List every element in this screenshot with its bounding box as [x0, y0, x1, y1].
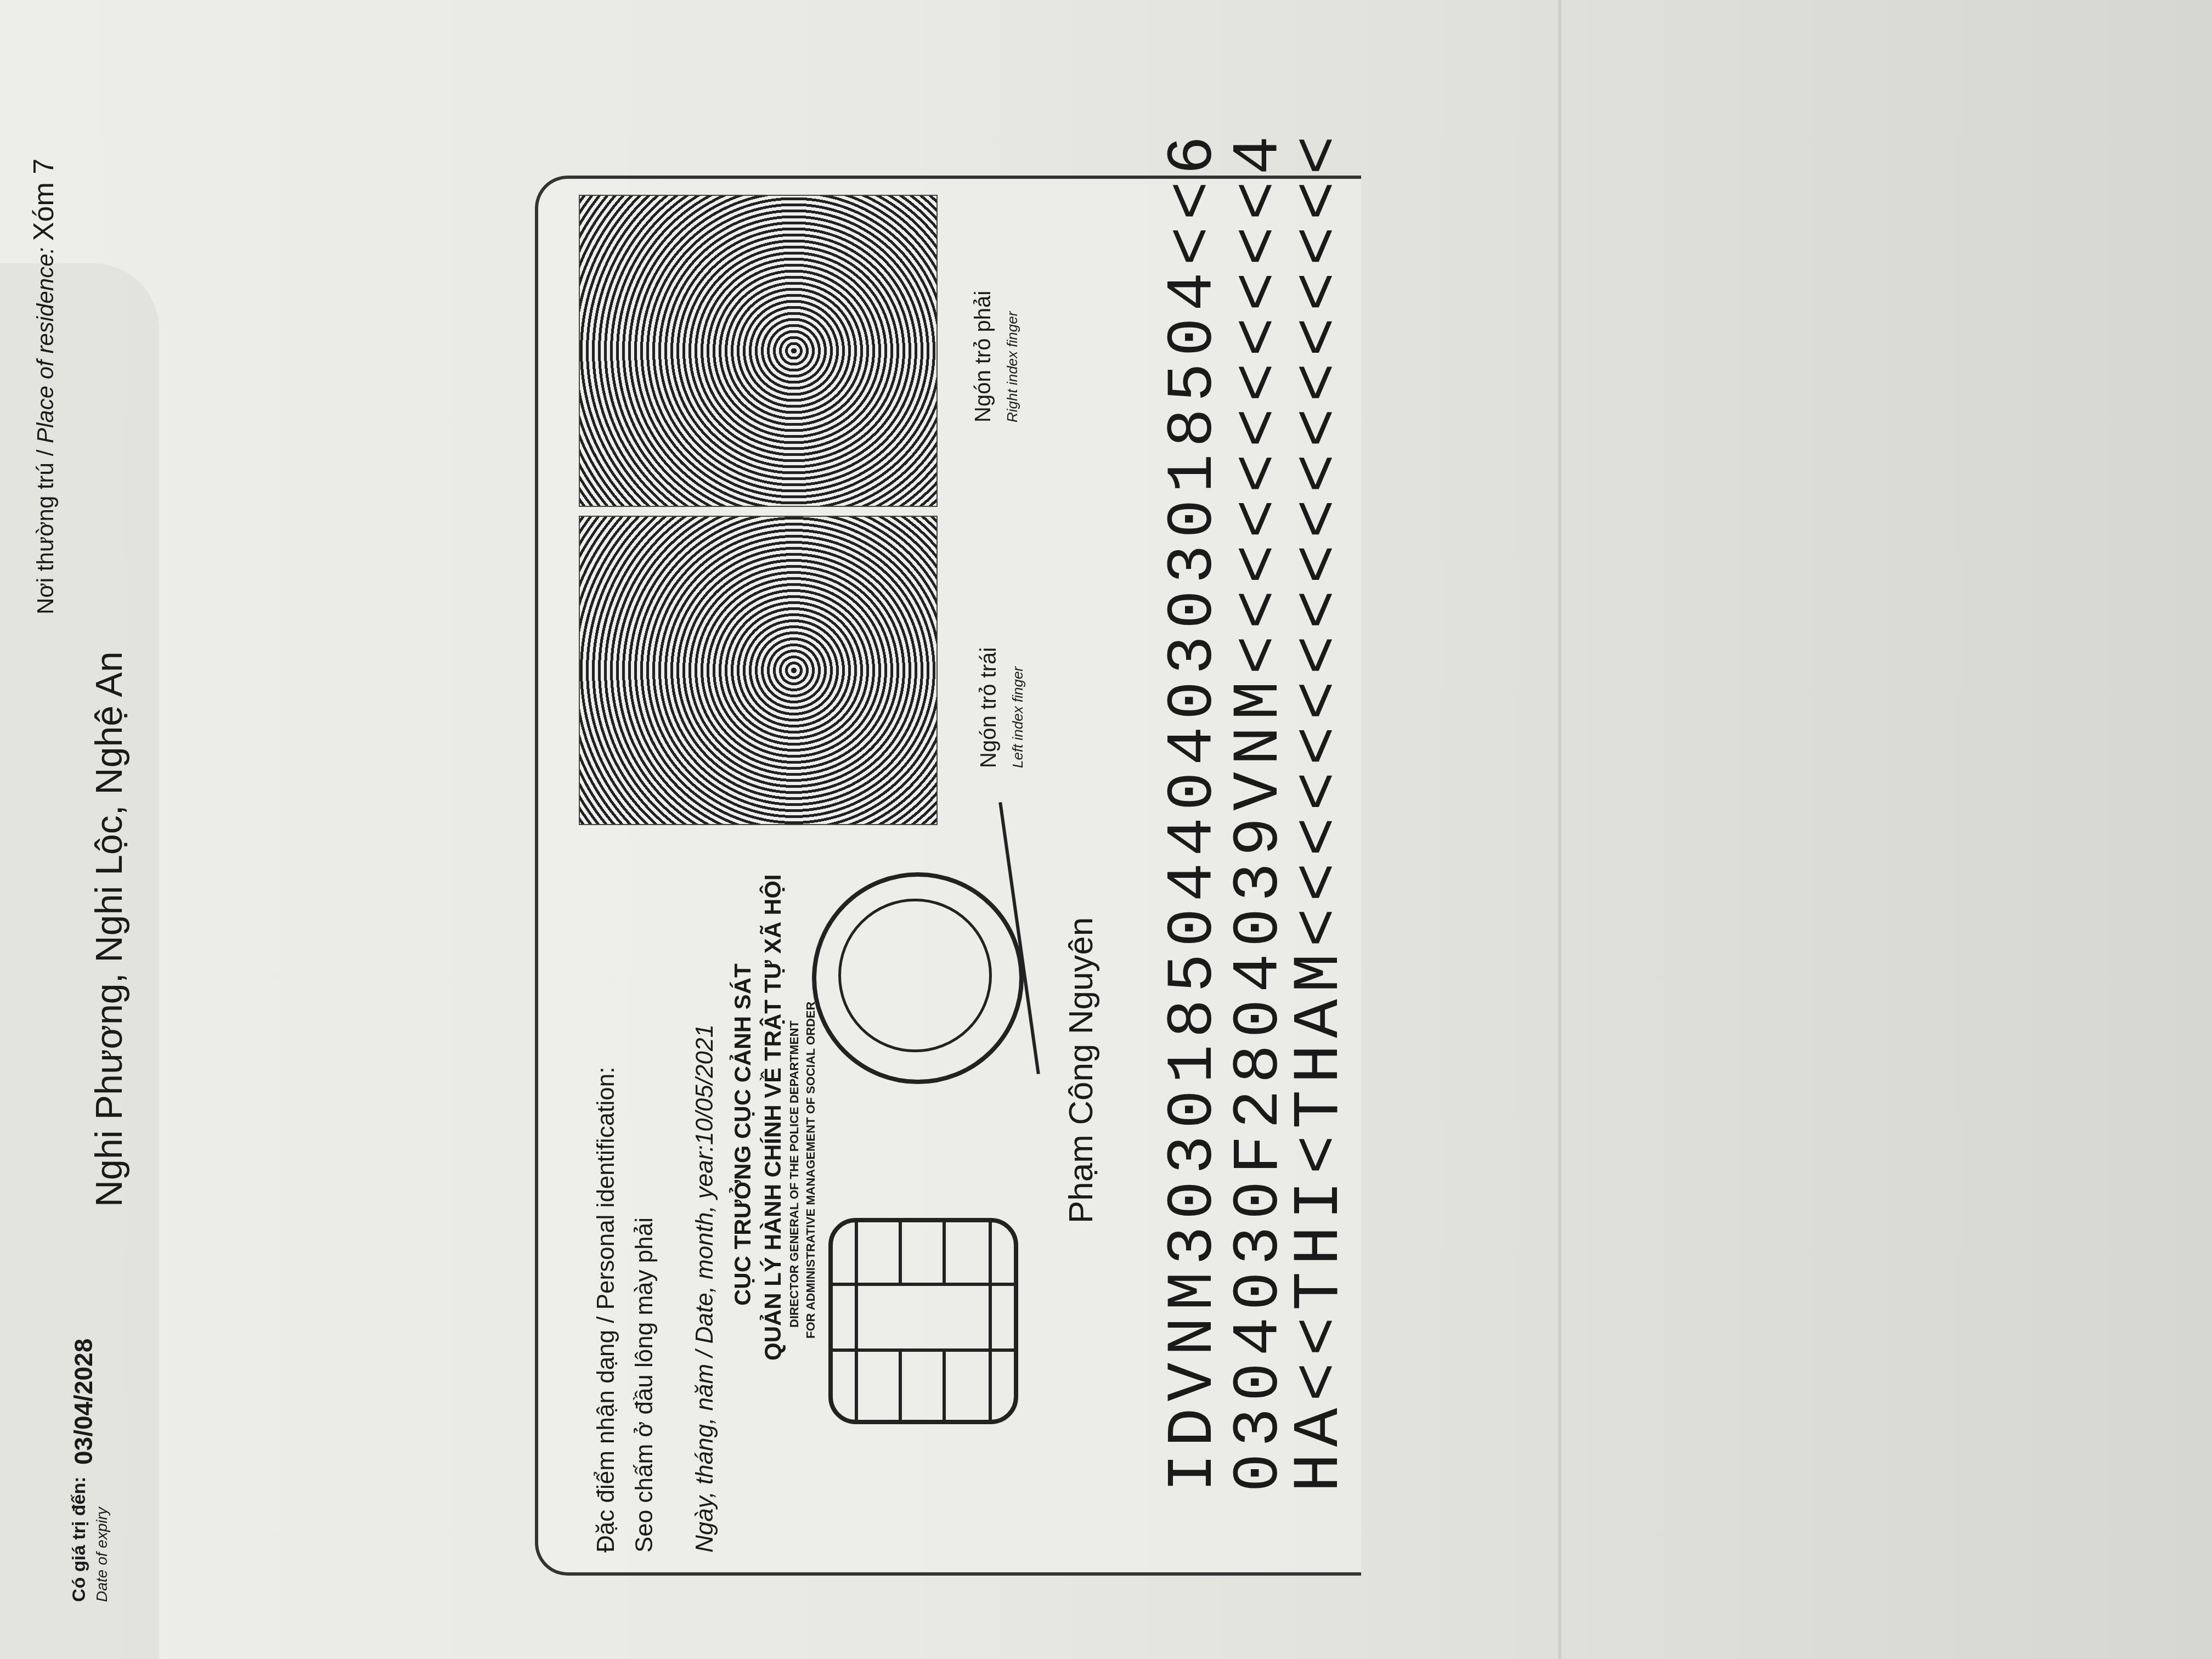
- left-finger-label: Ngón trỏ trái: [977, 647, 1001, 768]
- paper-fold: [1558, 0, 1561, 1659]
- issuer-title-2: QUẢN LÝ HÀNH CHÍNH VỀ TRẬT TỰ XÃ HỘI: [760, 874, 786, 1361]
- expiry-date: 03/04/2028: [69, 1339, 98, 1465]
- right-fingerprint: [579, 195, 938, 507]
- right-finger-label-en: Right index finger: [1004, 312, 1021, 422]
- right-finger-label: Ngón trỏ phải: [971, 291, 996, 422]
- residence-label-en: Place of residence:: [32, 247, 58, 443]
- personal-id-value: Seo chấm ở đầu lông mày phải: [631, 1217, 658, 1553]
- issue-date: 10/05/2021: [691, 1024, 718, 1145]
- signer-name: Phạm Công Nguyên: [1062, 917, 1101, 1223]
- mrz-line-1: IDVNM3030185044040303018504<<6: [1158, 129, 1231, 1492]
- personal-id-label: Đặc điểm nhận dạng / Personal identifica…: [592, 1067, 620, 1553]
- left-fingerprint: [579, 516, 938, 825]
- expiry-label: Có giá trị đến:: [69, 1476, 90, 1602]
- expiry-label-en: Date of expiry: [93, 1507, 111, 1602]
- residence-label: Nơi thường trú / Place of residence: Xóm…: [27, 159, 60, 614]
- issuer-title-en-1: DIRECTOR GENERAL OF THE POLICE DEPARTMEN…: [787, 1020, 802, 1328]
- residence-label-vi: Nơi thường trú /: [32, 443, 58, 614]
- issuer-title-1: CỤC TRƯỞNG CỤC CẢNH SÁT: [730, 963, 756, 1306]
- residence-value-2: Nghi Phương, Nghi Lộc, Nghệ An: [88, 652, 131, 1207]
- official-seal-icon: [812, 872, 1024, 1084]
- issuer-title-en-2: FOR ADMINISTRATIVE MANAGEMENT OF SOCIAL …: [804, 1002, 818, 1339]
- left-finger-label-en: Left index finger: [1009, 667, 1026, 768]
- issue-date-label-text: Ngày, tháng, năm / Date, month, year:: [691, 1145, 718, 1553]
- residence-value-1: Xóm 7: [28, 159, 60, 241]
- chip-icon: [828, 1218, 1018, 1424]
- issue-date-label: Ngày, tháng, năm / Date, month, year:10/…: [691, 1024, 719, 1553]
- mrz-line-3: HA<<THI<THAM<<<<<<<<<<<<<<<<<<: [1284, 129, 1357, 1492]
